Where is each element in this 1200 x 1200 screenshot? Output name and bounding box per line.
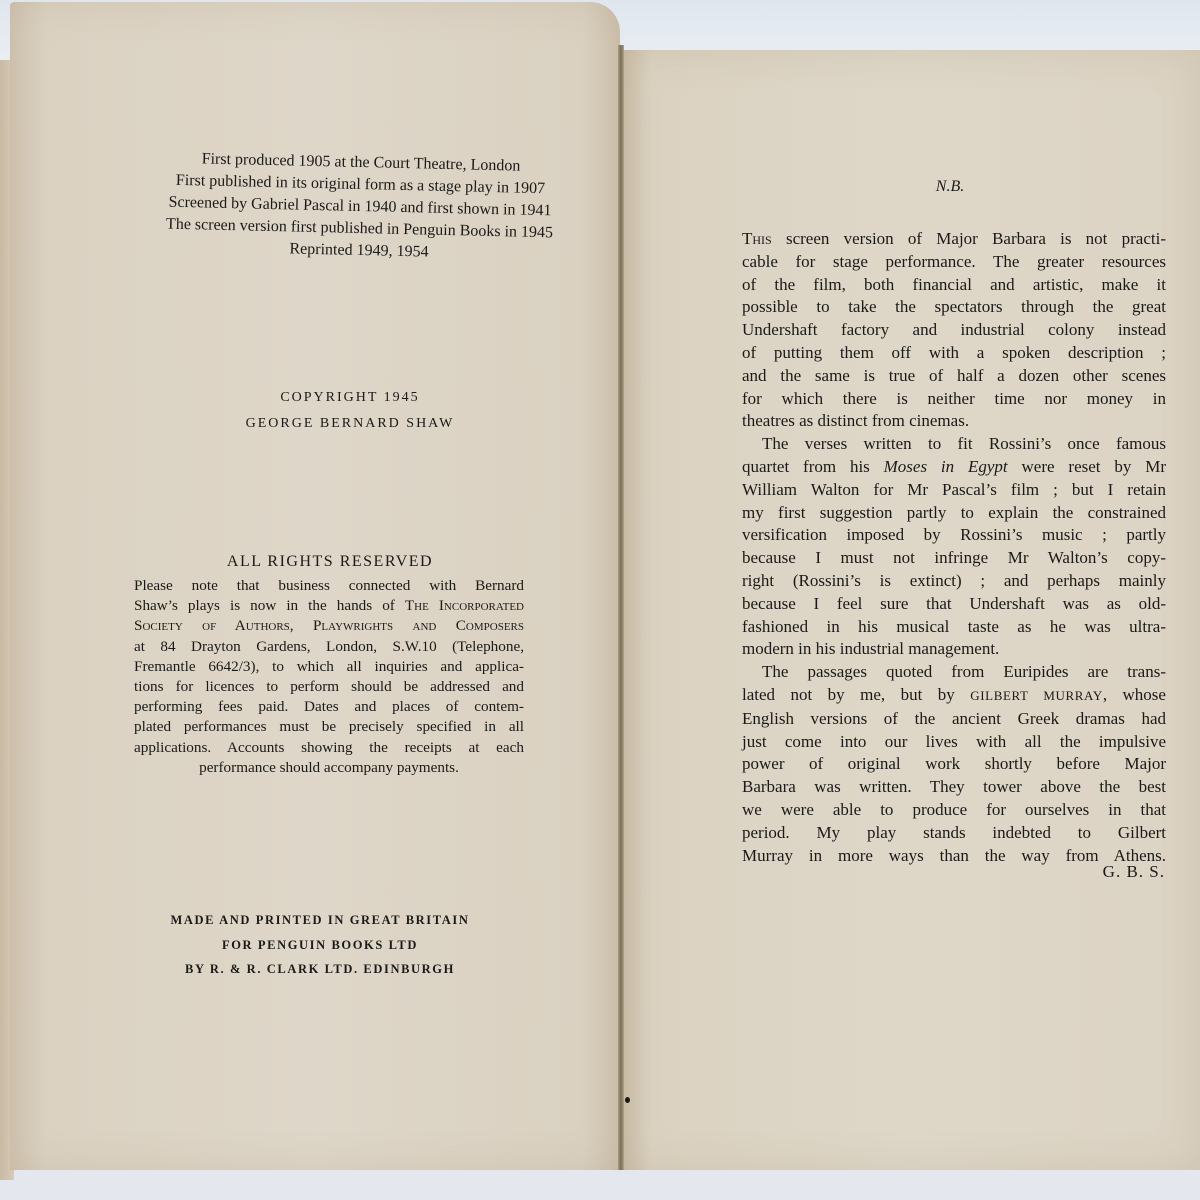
rights-notice: Please note that business connected with… xyxy=(134,576,524,778)
body-line: because I feel sure that Undershaft was … xyxy=(742,593,1166,616)
rights-line: plated performances must be precisely sp… xyxy=(134,717,524,737)
rights-line: Shaw’s plays is now in the hands of The … xyxy=(134,596,524,616)
binding-thread-dot xyxy=(625,1097,630,1103)
imprint-line: FOR PENGUIN BOOKS LTD xyxy=(155,933,485,958)
copyright-year: COPYRIGHT 1945 xyxy=(190,385,510,411)
nb-text: This screen version of Major Barbara is … xyxy=(742,228,1166,867)
body-line: period. My play stands indebted to Gilbe… xyxy=(742,822,1166,845)
body-line: The passages quoted from Euripides are t… xyxy=(742,661,1166,684)
body-line: and the same is true of half a dozen oth… xyxy=(742,365,1166,388)
body-line: cable for stage performance. The greater… xyxy=(742,251,1166,274)
body-line-text: , whose xyxy=(1103,685,1166,704)
body-line: Undershaft factory and industrial colony… xyxy=(742,319,1166,342)
body-line-text: quartet from his xyxy=(742,457,884,476)
body-line: right (Rossini’s is extinct) ; and perha… xyxy=(742,570,1166,593)
body-line: of the film, both financial and artistic… xyxy=(742,274,1166,297)
society-name: The Incorporated xyxy=(405,597,524,614)
body-line: versification imposed by Rossini’s music… xyxy=(742,524,1166,547)
rights-line-text: Shaw’s plays is now in the hands of xyxy=(134,597,405,614)
body-line: theatres as distinct from cinemas. xyxy=(742,410,1166,433)
society-name-line: Society of Authors, Playwrights and Comp… xyxy=(134,616,524,636)
body-line: modern in his industrial management. xyxy=(742,638,1166,661)
publication-history: First produced 1905 at the Court Theatre… xyxy=(129,147,591,267)
body-line: The verses written to fit Rossini’s once… xyxy=(742,433,1166,456)
body-line: because I must not infringe Mr Walton’s … xyxy=(742,547,1166,570)
body-line: fashioned in his musical taste as he was… xyxy=(742,616,1166,639)
imprint-line: MADE AND PRINTED IN GREAT BRITAIN xyxy=(155,908,485,933)
rights-heading: ALL RIGHTS RESERVED xyxy=(130,553,530,571)
body-line-text: were reset by Mr xyxy=(1008,457,1166,476)
body-line: of putting them off with a spoken descri… xyxy=(742,342,1166,365)
rights-line: Please note that business connected with… xyxy=(134,576,524,596)
rights-line: Fremantle 6642/3), to which all inquirie… xyxy=(134,657,524,677)
italic-title: Moses in Egypt xyxy=(884,457,1008,476)
rights-line: performing fees paid. Dates and places o… xyxy=(134,697,524,717)
printer-imprint: MADE AND PRINTED IN GREAT BRITAIN FOR PE… xyxy=(155,908,485,982)
body-line: power of original work shortly before Ma… xyxy=(742,753,1166,776)
body-line-text: screen version of Major Barbara is not p… xyxy=(772,229,1166,248)
author-signature: G. B. S. xyxy=(1085,862,1165,882)
body-line: This screen version of Major Barbara is … xyxy=(742,228,1166,251)
copyright-holder: GEORGE BERNARD SHAW xyxy=(190,411,510,437)
author-name-smallcaps: GILBERT MURRAY xyxy=(970,688,1103,703)
rights-line: applications. Accounts showing the recei… xyxy=(134,738,524,758)
nb-heading: N.B. xyxy=(900,178,1000,196)
body-line: English versions of the ancient Greek dr… xyxy=(742,708,1166,731)
rights-line: performance should accompany payments. xyxy=(134,758,524,778)
body-line: my first suggestion partly to explain th… xyxy=(742,502,1166,525)
book-gutter xyxy=(618,45,624,1170)
imprint-line: BY R. & R. CLARK LTD. EDINBURGH xyxy=(155,957,485,982)
body-line: we were able to produce for ourselves in… xyxy=(742,799,1166,822)
body-line: possible to take the spectators through … xyxy=(742,296,1166,319)
body-line: for which there is neither time nor mone… xyxy=(742,388,1166,411)
opening-word: This xyxy=(742,229,772,248)
rights-line: at 84 Drayton Gardens, London, S.W.10 (T… xyxy=(134,637,524,657)
body-line: Barbara was written. They tower above th… xyxy=(742,776,1166,799)
body-line: William Walton for Mr Pascal’s film ; bu… xyxy=(742,479,1166,502)
body-line: just come into our lives with all the im… xyxy=(742,731,1166,754)
body-line: lated not by me, but by GILBERT MURRAY, … xyxy=(742,684,1166,708)
backdrop-bottom xyxy=(0,1165,1200,1200)
body-line: quartet from his Moses in Egypt were res… xyxy=(742,456,1166,479)
copyright-notice: COPYRIGHT 1945 GEORGE BERNARD SHAW xyxy=(190,385,510,437)
rights-line: tions for licences to perform should be … xyxy=(134,677,524,697)
body-line-text: lated not by me, but by xyxy=(742,685,970,704)
